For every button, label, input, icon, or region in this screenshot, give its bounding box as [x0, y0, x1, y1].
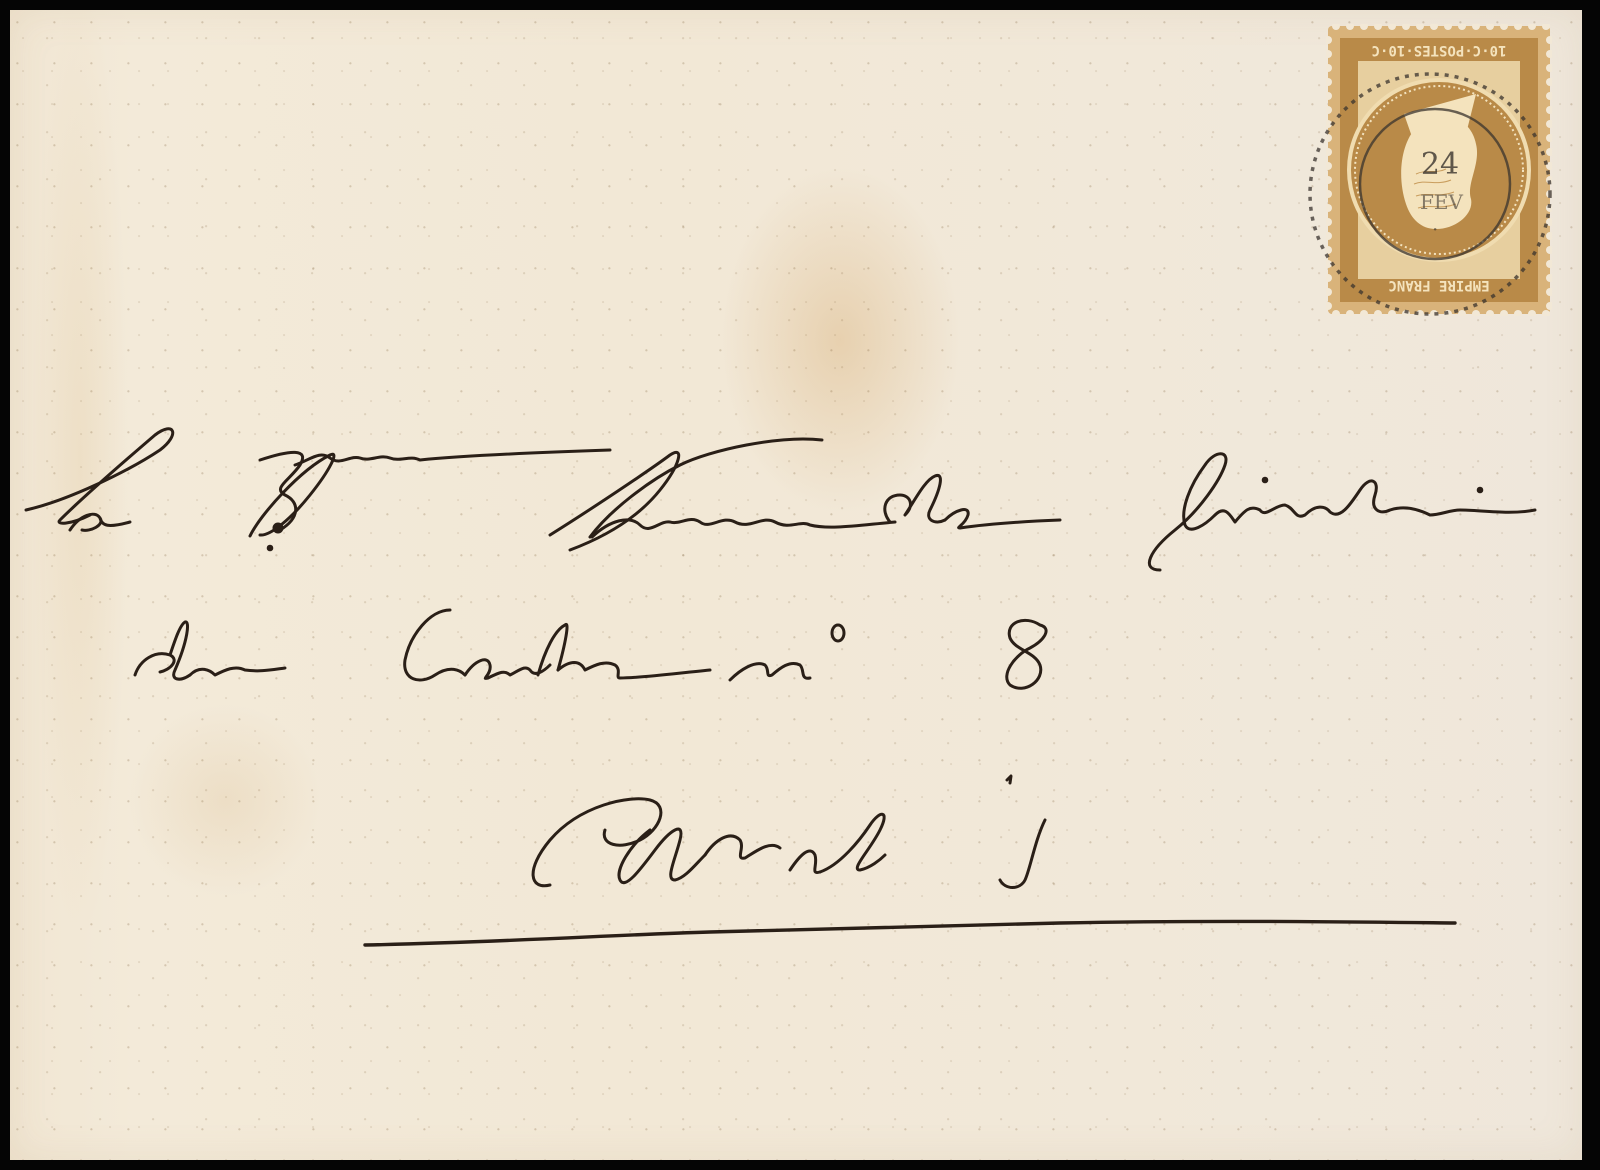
stamp-top-inscription: 10·C·POSTES·10·C: [1372, 42, 1507, 58]
postmark-day: 24: [1421, 147, 1459, 182]
postmark-month: FEV: [1420, 190, 1463, 214]
postmark-year: ·: [1432, 217, 1438, 241]
postmark: 24 FEV ·: [1290, 64, 1560, 334]
